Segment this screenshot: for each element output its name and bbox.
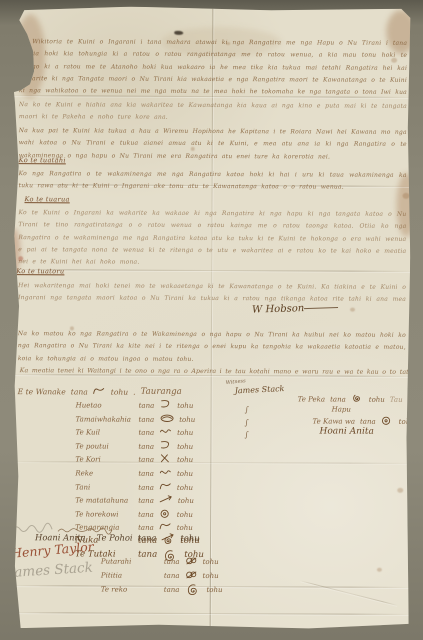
article-1-heading: Ko te tuatahi (19, 156, 66, 164)
signatory-row: Putarahi tana tohu (101, 556, 223, 567)
signature-mark (159, 454, 172, 464)
signature-mark (159, 413, 174, 423)
treaty-paper-sheet: Ko Wikitoria te Kuini o Ingarani i tana … (9, 6, 413, 631)
signatory-row-te-wanake: E te Wanake tana tohu . Tauranga (18, 386, 182, 397)
signatory-row: Te Kuil tana tohu (75, 427, 204, 438)
signature-mark (381, 416, 394, 426)
preamble-paragraph-3: Na kua pai te Kuini kia tukua a hau a Wi… (19, 125, 407, 164)
signatory-row: Te reko tana tohu (101, 584, 223, 595)
tohu-word: tohu (206, 586, 222, 594)
signatory-name: Te horekowi (75, 510, 133, 518)
tohu-word: tohu (111, 388, 128, 397)
signatory-row-te-kawa: Te Kawa wa tana tohu (313, 415, 415, 425)
signature-mark (185, 570, 198, 580)
signatory-name: Te Kori (75, 456, 133, 464)
signatory-name: E te Wanake (18, 387, 66, 396)
signatory-name: Pititia (101, 572, 159, 580)
signatory-row: Reke tana tohu (75, 467, 204, 478)
hapu-label: Hapu (332, 406, 351, 414)
tana-word: tana (138, 456, 154, 464)
attestation-paragraph: Na ko matou ko nga Rangatira o te Wakami… (18, 328, 406, 367)
tana-word: tana (360, 418, 376, 426)
signatory-name: Tani (75, 483, 133, 491)
tohu-word: tohu (177, 470, 193, 478)
preamble-paragraph-1: Ko Wikitoria te Kuini o Ingarani i tana … (19, 36, 407, 100)
signature-mark (184, 584, 201, 594)
tana-word: tana (330, 396, 346, 404)
tohu-word: tohu (177, 511, 193, 519)
signatory-name: Te Kawa wa (313, 417, 355, 425)
crease-diagonal (300, 580, 397, 606)
tohu-word: tohu (203, 572, 219, 580)
tana-word: tana (138, 524, 154, 532)
signatory-name: Te Pohoi (97, 533, 133, 543)
tohu-word: tohu (369, 396, 385, 404)
hoani-anita-signature: Hoani Anita (319, 426, 373, 436)
article-3-heading: Ko te tuatoru (16, 267, 64, 275)
tana-word: tana (164, 572, 180, 580)
tohu-word: tohu (177, 483, 193, 491)
tohu-word: tohu (177, 429, 193, 437)
signatory-row: Te poutui tana tohu (75, 440, 204, 451)
witness-james-stack: James Stack (235, 384, 285, 395)
tohu-word: tohu (180, 533, 199, 543)
signature-flourish (304, 303, 338, 309)
signature-mark (159, 427, 172, 437)
ditto-marks: ∫∫∫ (244, 405, 248, 439)
signature-mark (159, 468, 172, 478)
tana-word: tana (71, 387, 88, 396)
ditto-mark: ∫ (245, 405, 249, 414)
signatory-name: Putarahi (101, 558, 159, 566)
article-1-paragraph: Ko nga Rangatira o te wakaminenga me nga… (19, 168, 407, 195)
dateline: Ka meatia tenei ki Waitangi i te ono o n… (20, 367, 423, 376)
tohu-word: tohu (177, 456, 193, 464)
tana-word: tana (139, 415, 155, 423)
ink-smudge (174, 31, 183, 35)
tohu-word: tohu (177, 524, 193, 532)
tana-word: tana (164, 586, 180, 594)
signatory-row: Huetao tana tohu (76, 399, 205, 410)
signatory-name: Tamaiwhakahia (76, 415, 134, 423)
tana-word: tana (164, 558, 180, 566)
signature-mark (185, 556, 198, 566)
signature-mark (159, 509, 172, 519)
tana-word: tana (138, 497, 154, 505)
tana-word: tana (138, 442, 154, 450)
tana-word: tana (138, 483, 154, 491)
hobson-signature-text: W Hobson (252, 303, 305, 316)
signature-mark (93, 386, 106, 396)
hobson-signature: W Hobson (252, 302, 338, 316)
foxing-dot (350, 308, 355, 312)
fold-line (9, 461, 410, 464)
trailing-text: Tau (390, 396, 403, 404)
tohu-word: tohu (177, 443, 193, 451)
tohu-word: tohu (179, 415, 195, 423)
bottom-signatory-column: Putarahi tana tohu Pititia tana tohu Te … (101, 556, 223, 595)
tohu-word: tohu (399, 418, 415, 426)
signatory-row: Te horekowi tana tohu (75, 508, 204, 519)
article-2-heading: Ko te tuarua (25, 195, 70, 203)
signature-mark (161, 533, 175, 543)
signature-mark (159, 400, 172, 410)
article-3-paragraph: Hei wakaritenga mai hoki tenei mo te wak… (18, 280, 406, 307)
tohu-word: tohu (203, 558, 219, 566)
ditto-mark: ∫ (245, 418, 249, 427)
signature-mark (159, 481, 172, 491)
signatory-row: Tani tana tohu (75, 481, 204, 492)
signatory-name: Te matatahuna (75, 497, 133, 505)
james-stack-signature-faded: James Stack (8, 560, 93, 581)
signatory-row: Tamaiwhakahia tana tohu (76, 413, 205, 424)
signatory-name: Te Kuil (75, 429, 133, 437)
tana-word: tana (139, 402, 155, 410)
tana-word: tana (138, 429, 154, 437)
foxing-dot (397, 488, 403, 493)
article-2-paragraph: Ko te Kuini o Ingarani ka wakarite ka wa… (18, 207, 406, 269)
signatory-row: Te Kori tana tohu (75, 454, 204, 465)
place-name: Tauranga (141, 387, 182, 397)
fold-line (9, 612, 410, 615)
separator-dot: . (133, 388, 135, 397)
signature-mark (159, 522, 172, 532)
foxing-dot (377, 568, 382, 572)
signatory-name: Te poutui (75, 442, 133, 450)
signatory-row: Pititia tana tohu (101, 570, 223, 581)
tana-word: tana (138, 510, 154, 518)
witness-label: Witness (225, 378, 245, 386)
signatory-row: Te matatahuna tana tohu (75, 495, 204, 506)
signatory-row-te-peka: Te Peka tana tohu Tau (298, 393, 403, 403)
signatory-name: Huetao (76, 401, 134, 409)
fold-line (10, 269, 411, 272)
tohu-word: tohu (178, 497, 194, 505)
signature-mark (159, 441, 172, 451)
ditto-mark: ∫ (244, 430, 248, 439)
signatory-name: Reke (75, 469, 133, 477)
photograph-of-treaty-document: { "doc": { "p1": "Ko Wikitoria te Kuini … (0, 0, 423, 640)
tana-word: tana (138, 470, 154, 478)
signatory-name: Te Peka (298, 395, 325, 403)
preamble-paragraph-2: Na ko te Kuini e hiahia ana kia wakarite… (19, 99, 407, 126)
tana-word: tana (138, 533, 157, 543)
signatory-name: Te reko (101, 586, 159, 594)
signature-mark (351, 394, 364, 404)
tohu-word: tohu (177, 402, 193, 410)
signature-mark (159, 495, 173, 505)
